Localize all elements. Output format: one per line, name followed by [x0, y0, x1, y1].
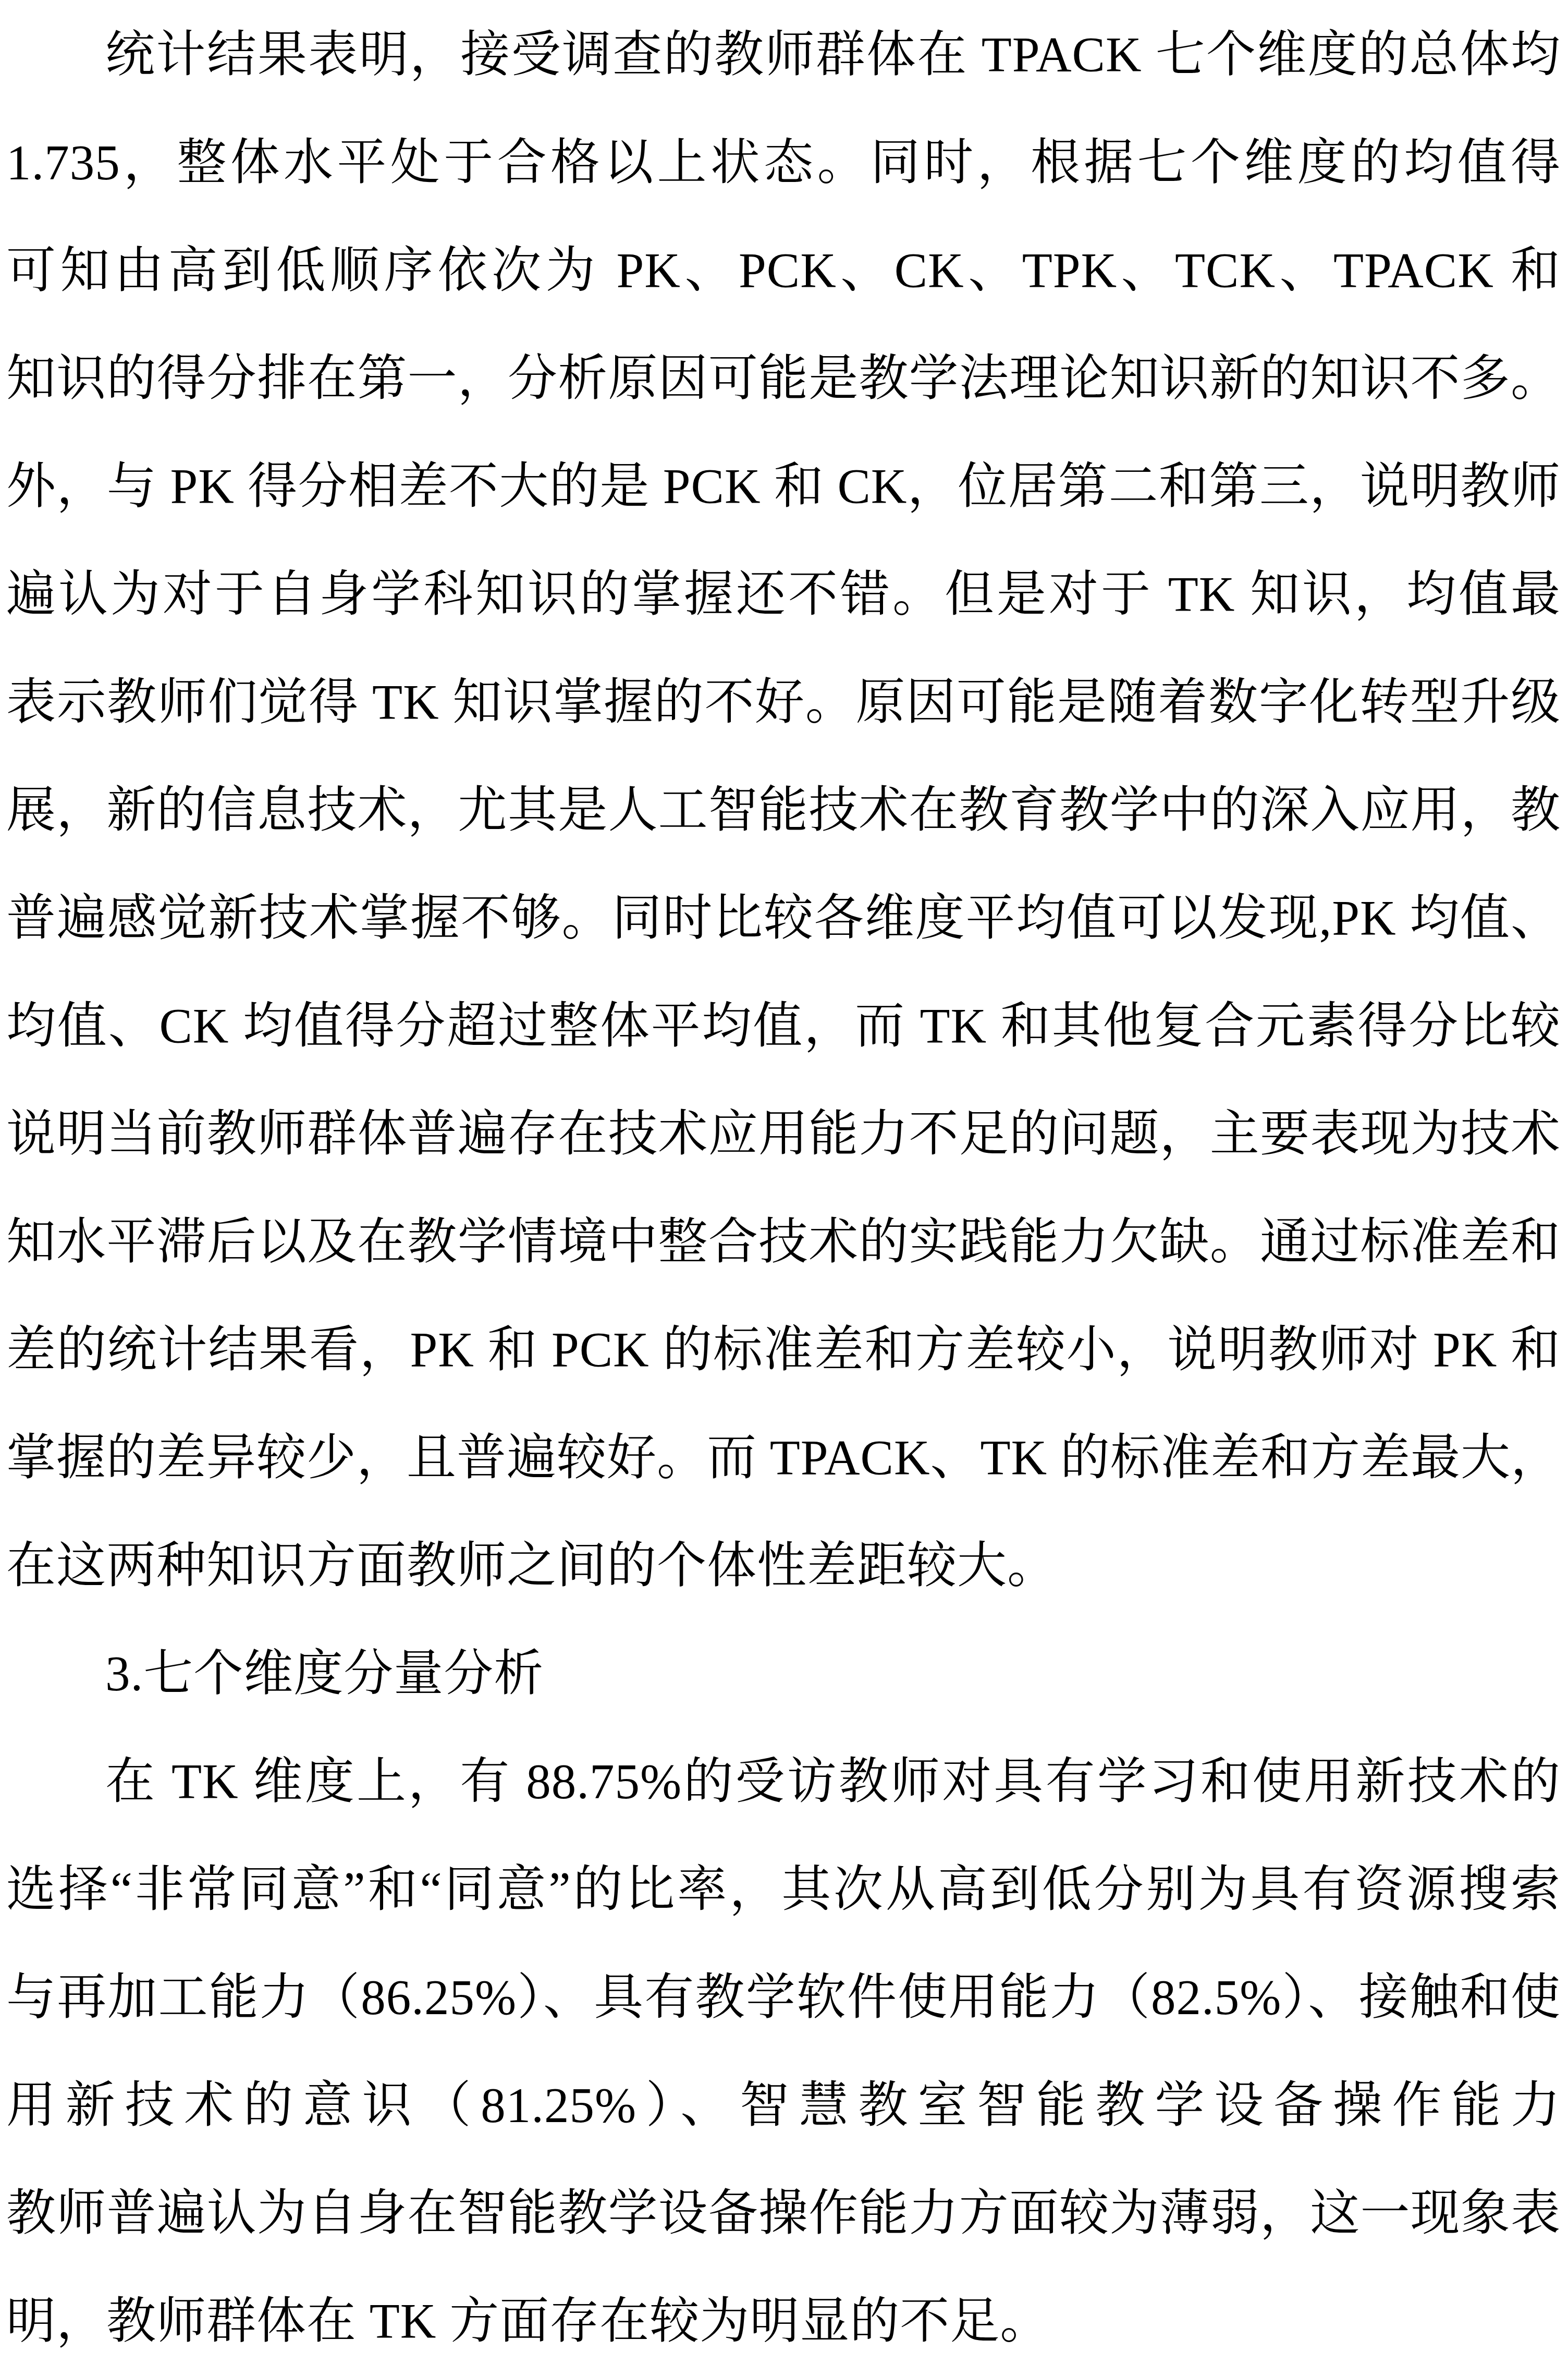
text-line: 明，教师群体在 TK 方面存在较为明显的不足。 [6, 2268, 1561, 2375]
text-line: 统计结果表明，接受调查的教师群体在 TPACK 七个维度的总体均值为 [6, 1, 1561, 109]
section-heading: 3.七个维度分量分析 [6, 1620, 1561, 1728]
text-line: 普遍感觉新技术掌握不够。同时比较各维度平均值可以发现,PK 均值、PCK [6, 864, 1561, 972]
text-line: 选择“非常同意”和“同意”的比率，其次从高到低分别为具有资源搜索 [6, 1836, 1561, 1944]
text-line: 1.735，整体水平处于合格以上状态。同时，根据七个维度的均值得分， [6, 109, 1561, 217]
text-line: 教师普遍认为自身在智能教学设备操作能力方面较为薄弱，这一现象表 [6, 2160, 1561, 2268]
text-line: 遍认为对于自身学科知识的掌握还不错。但是对于 TK 知识，均值最低， [6, 541, 1561, 649]
text-line: 掌握的差异较少，且普遍较好。而 TPACK、TK 的标准差和方差最大，说明 [6, 1404, 1561, 1512]
text-line: 与再加工能力（86.25%）、具有教学软件使用能力（82.5%）、接触和使 [6, 1944, 1561, 2052]
text-line: 表示教师们觉得 TK 知识掌握的不好。原因可能是随着数字化转型升级发 [6, 649, 1561, 757]
document-page: 统计结果表明，接受调查的教师群体在 TPACK 七个维度的总体均值为1.735，… [0, 0, 1568, 2376]
text-line: 知水平滞后以及在教学情境中整合技术的实践能力欠缺。通过标准差和方 [6, 1188, 1561, 1296]
text-line: 知识的得分排在第一，分析原因可能是教学法理论知识新的知识不多。另 [6, 325, 1561, 433]
text-line: 在这两种知识方面教师之间的个体性差距较大。 [6, 1512, 1561, 1620]
text-line: 外，与 PK 得分相差不大的是 PCK 和 CK，位居第二和第三，说明教师们普 [6, 433, 1561, 541]
text-lines: 统计结果表明，接受调查的教师群体在 TPACK 七个维度的总体均值为1.735，… [6, 1, 1561, 2375]
text-line: 在 TK 维度上，有 88.75%的受访教师对具有学习和使用新技术的能力 [6, 1728, 1561, 1836]
text-line: 均值、CK 均值得分超过整体平均值，而 TK 和其他复合元素得分比较低， [6, 972, 1561, 1080]
text-line: 差的统计结果看，PK 和 PCK 的标准差和方差较小，说明教师对 PK 和 PC… [6, 1296, 1561, 1404]
text-line: 可知由高到低顺序依次为 PK、PCK、CK、TPK、TCK、TPACK 和 TK… [6, 217, 1561, 325]
text-line: 用新技术的意识（81.25%）、智慧教室智能教学设备操作能力（76.25%）。 [6, 2052, 1561, 2160]
text-line: 展，新的信息技术，尤其是人工智能技术在教育教学中的深入应用，教师 [6, 757, 1561, 864]
text-line: 说明当前教师群体普遍存在技术应用能力不足的问题，主要表现为技术认 [6, 1080, 1561, 1188]
